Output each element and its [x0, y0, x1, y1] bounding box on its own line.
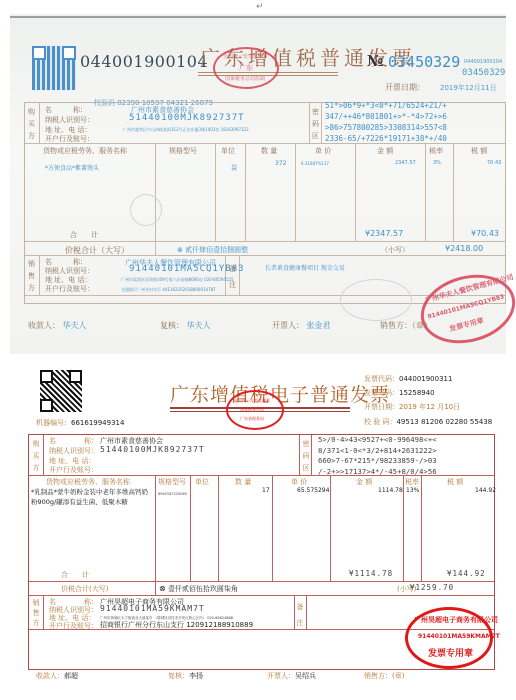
seller-invoice-seal: 广州昊超电子商务有限公司 91440101MA59KMAM7T 发票专用章	[405, 607, 493, 669]
col-header-unit: 单位	[195, 477, 209, 487]
item-spec: 6940187220065	[158, 492, 187, 496]
item-tax: 144.92	[475, 487, 496, 494]
invoice-number: 发票号码：15258940	[364, 388, 435, 398]
grand-total-label: 价税合计(大写)	[61, 584, 108, 594]
col-header-tax: 税 额	[447, 477, 463, 487]
col-header-rate: 税率	[405, 477, 419, 487]
invoice-code: 发票代码：044001900311	[364, 374, 452, 384]
item-name: *乳制品*蒙牛奶粉金装中老年多维高钙奶粉900g/罐添有益生菌、低聚木糖	[31, 487, 153, 507]
invoice-code: 044001900104	[80, 52, 208, 71]
remarks-label: 备注	[229, 261, 236, 293]
item-name: *方便食品*紫薯馒头	[45, 163, 99, 172]
qr-code-icon	[32, 46, 76, 90]
col-header-price: 单 价	[291, 477, 307, 487]
total-label: 合 计	[70, 230, 98, 240]
item-unit: 袋	[231, 163, 237, 172]
payee: 收款人：郝超	[36, 671, 78, 681]
grand-total-words: ⊗ 贰仟肆佰壹拾捌圆整	[177, 245, 248, 255]
seller-bank: 交通银行广州芳村支行 441162352018800014787	[121, 287, 216, 293]
seller-address: 广州市荔湾区国茂路109号第六层前铺8066房 020-80594125	[121, 277, 234, 283]
col-header-amount: 金 额	[356, 477, 372, 487]
paper-invoice: 044001900104 广东增值税普通发票 全国统一发票监制章 广东 国家税务…	[10, 14, 506, 354]
seller-side-label: 销售方	[28, 258, 36, 294]
buyer-tax-id-label: 纳税人识别号：	[49, 446, 98, 456]
issue-date: 开票日期：2019 年12 月10日	[364, 402, 460, 412]
item-qty: 17	[262, 487, 270, 494]
buyer-name-label: 名 称：	[45, 105, 87, 115]
item-price: 65.575294	[297, 487, 329, 494]
col-header-spec: 规格型号	[158, 477, 186, 487]
item-amount: 1114.78	[378, 487, 403, 494]
seller-bank-label: 开户行及账号：	[49, 621, 98, 631]
item-rate: 3%	[433, 160, 441, 166]
buyer-name-label: 名 称：	[49, 436, 98, 446]
buyer-bank-label: 开户行及账号：	[45, 134, 94, 144]
buyer-tax-id: 51440100MJK892737T	[129, 113, 245, 123]
cross-circle-icon: ⊗	[159, 584, 166, 593]
total-amount: ¥1114.78	[349, 569, 393, 578]
number-symbol: №	[367, 52, 383, 70]
col-header-price: 单 价	[315, 146, 331, 156]
cipher-label: 密码区	[312, 106, 320, 142]
seller-bank-label: 开户行及账号：	[45, 284, 94, 294]
grand-total-amount: ¥2418.00	[445, 244, 483, 253]
date-label: 开票日期：	[385, 82, 425, 93]
seller-seal-label: 销售方：(章)	[364, 671, 404, 681]
buyer-side-label: 购买方	[28, 106, 36, 142]
total-label: 合 计	[61, 570, 89, 580]
scan-edge	[10, 16, 506, 18]
total-amount: ¥2347.57	[365, 229, 403, 238]
col-header-name: 货物或应税劳务、服务名称	[46, 477, 130, 487]
seller-side-label: 销售方	[31, 598, 41, 628]
buyer-address: 广州市越秀区中山四路某街312号正佳东厦3楼1003室 18163097322	[123, 127, 249, 133]
cipher-area: 5>/0-4>43<9527+<0-996498<+< 8/371<1-0<*3…	[318, 435, 437, 477]
seller-tax-id: 91440101MA59KMAM7T	[100, 604, 205, 613]
watermark-oval	[340, 279, 412, 321]
col-header-name: 货物或应税劳务、服务名称	[43, 146, 127, 156]
item-tax: 70.43	[487, 160, 501, 166]
grand-total-amount: ¥1259.70	[410, 583, 454, 592]
seller-tax-id: 91440101MA5CQ1YB83	[129, 264, 245, 274]
cipher-area: 51*>06*9+*3<0*+71/6524+21/+ 347/++46*801…	[325, 100, 447, 144]
buyer-tax-id: 51440100MJK892737T	[100, 445, 205, 454]
issuer: 开票人：吴绍兵	[267, 671, 316, 681]
item-amount: 2347.57	[395, 160, 416, 166]
invoice-table: 购买方 名 称： 广州市素食慈善协会 纳税人识别号： 51440100MJK89…	[24, 102, 506, 304]
payee: 收款人： 华夫人	[28, 320, 87, 331]
remarks: 长者素食健康餐项目 现金交易	[265, 263, 345, 272]
cipher-label: 密码区	[301, 438, 311, 474]
total-tax: ¥70.43	[471, 229, 499, 238]
invoice-number: 03450329	[388, 53, 460, 71]
col-header-rate: 税率	[429, 146, 443, 156]
issuer: 开票人： 张金君	[272, 320, 331, 331]
watermark-circle	[130, 194, 162, 226]
col-header-amount: 金 额	[377, 146, 393, 156]
qr-code-icon	[40, 370, 82, 412]
total-tax: ¥144.92	[447, 569, 486, 578]
machine-number: 机器编号：661619949314	[36, 418, 124, 428]
seller-bank: 招商银行广州分行东山支行 120912188910889	[100, 620, 253, 630]
reviewer: 复核：李扬	[168, 671, 203, 681]
buyer-side-label: 购买方	[31, 438, 41, 474]
col-header-unit: 单位	[221, 146, 235, 156]
reviewer: 复核： 华夫人	[160, 320, 211, 331]
col-header-qty: 数 量	[261, 146, 277, 156]
buyer-bank-label: 开户行及账号：	[49, 465, 98, 475]
supervision-seal: 全国统一发票监制章 国家税务总局 广东省税务局	[226, 390, 284, 430]
grand-small-label: （小写）	[381, 245, 409, 255]
printed-invoice-code: 044001900104	[464, 59, 502, 65]
issue-date: 2019年12月11日	[440, 83, 497, 93]
col-header-tax: 税 额	[471, 146, 487, 156]
grand-total-words: ⊗ 壹仟贰佰伍拾玖圆柒角	[159, 584, 238, 594]
grand-total-label: 价税合计（大写）	[65, 245, 129, 256]
remarks-label: 备注	[295, 599, 305, 631]
check-code: 校 验 码：49513 81206 02280 55438	[364, 417, 492, 427]
item-price: 6.31087%117	[301, 161, 329, 166]
supervision-seal: 全国统一发票监制章 广东 国家税务总局监制	[213, 47, 279, 89]
item-qty: 372	[275, 160, 286, 167]
printed-invoice-number: 03450329	[462, 68, 505, 78]
paragraph-return-mark: ↵	[256, 2, 264, 12]
cross-circle-icon: ⊗	[177, 246, 185, 254]
buyer-tax-id-label: 纳税人识别号：	[45, 115, 94, 125]
item-rate: 13%	[406, 487, 419, 494]
col-header-spec: 规格型号	[169, 146, 197, 156]
col-header-qty: 数 量	[235, 477, 251, 487]
